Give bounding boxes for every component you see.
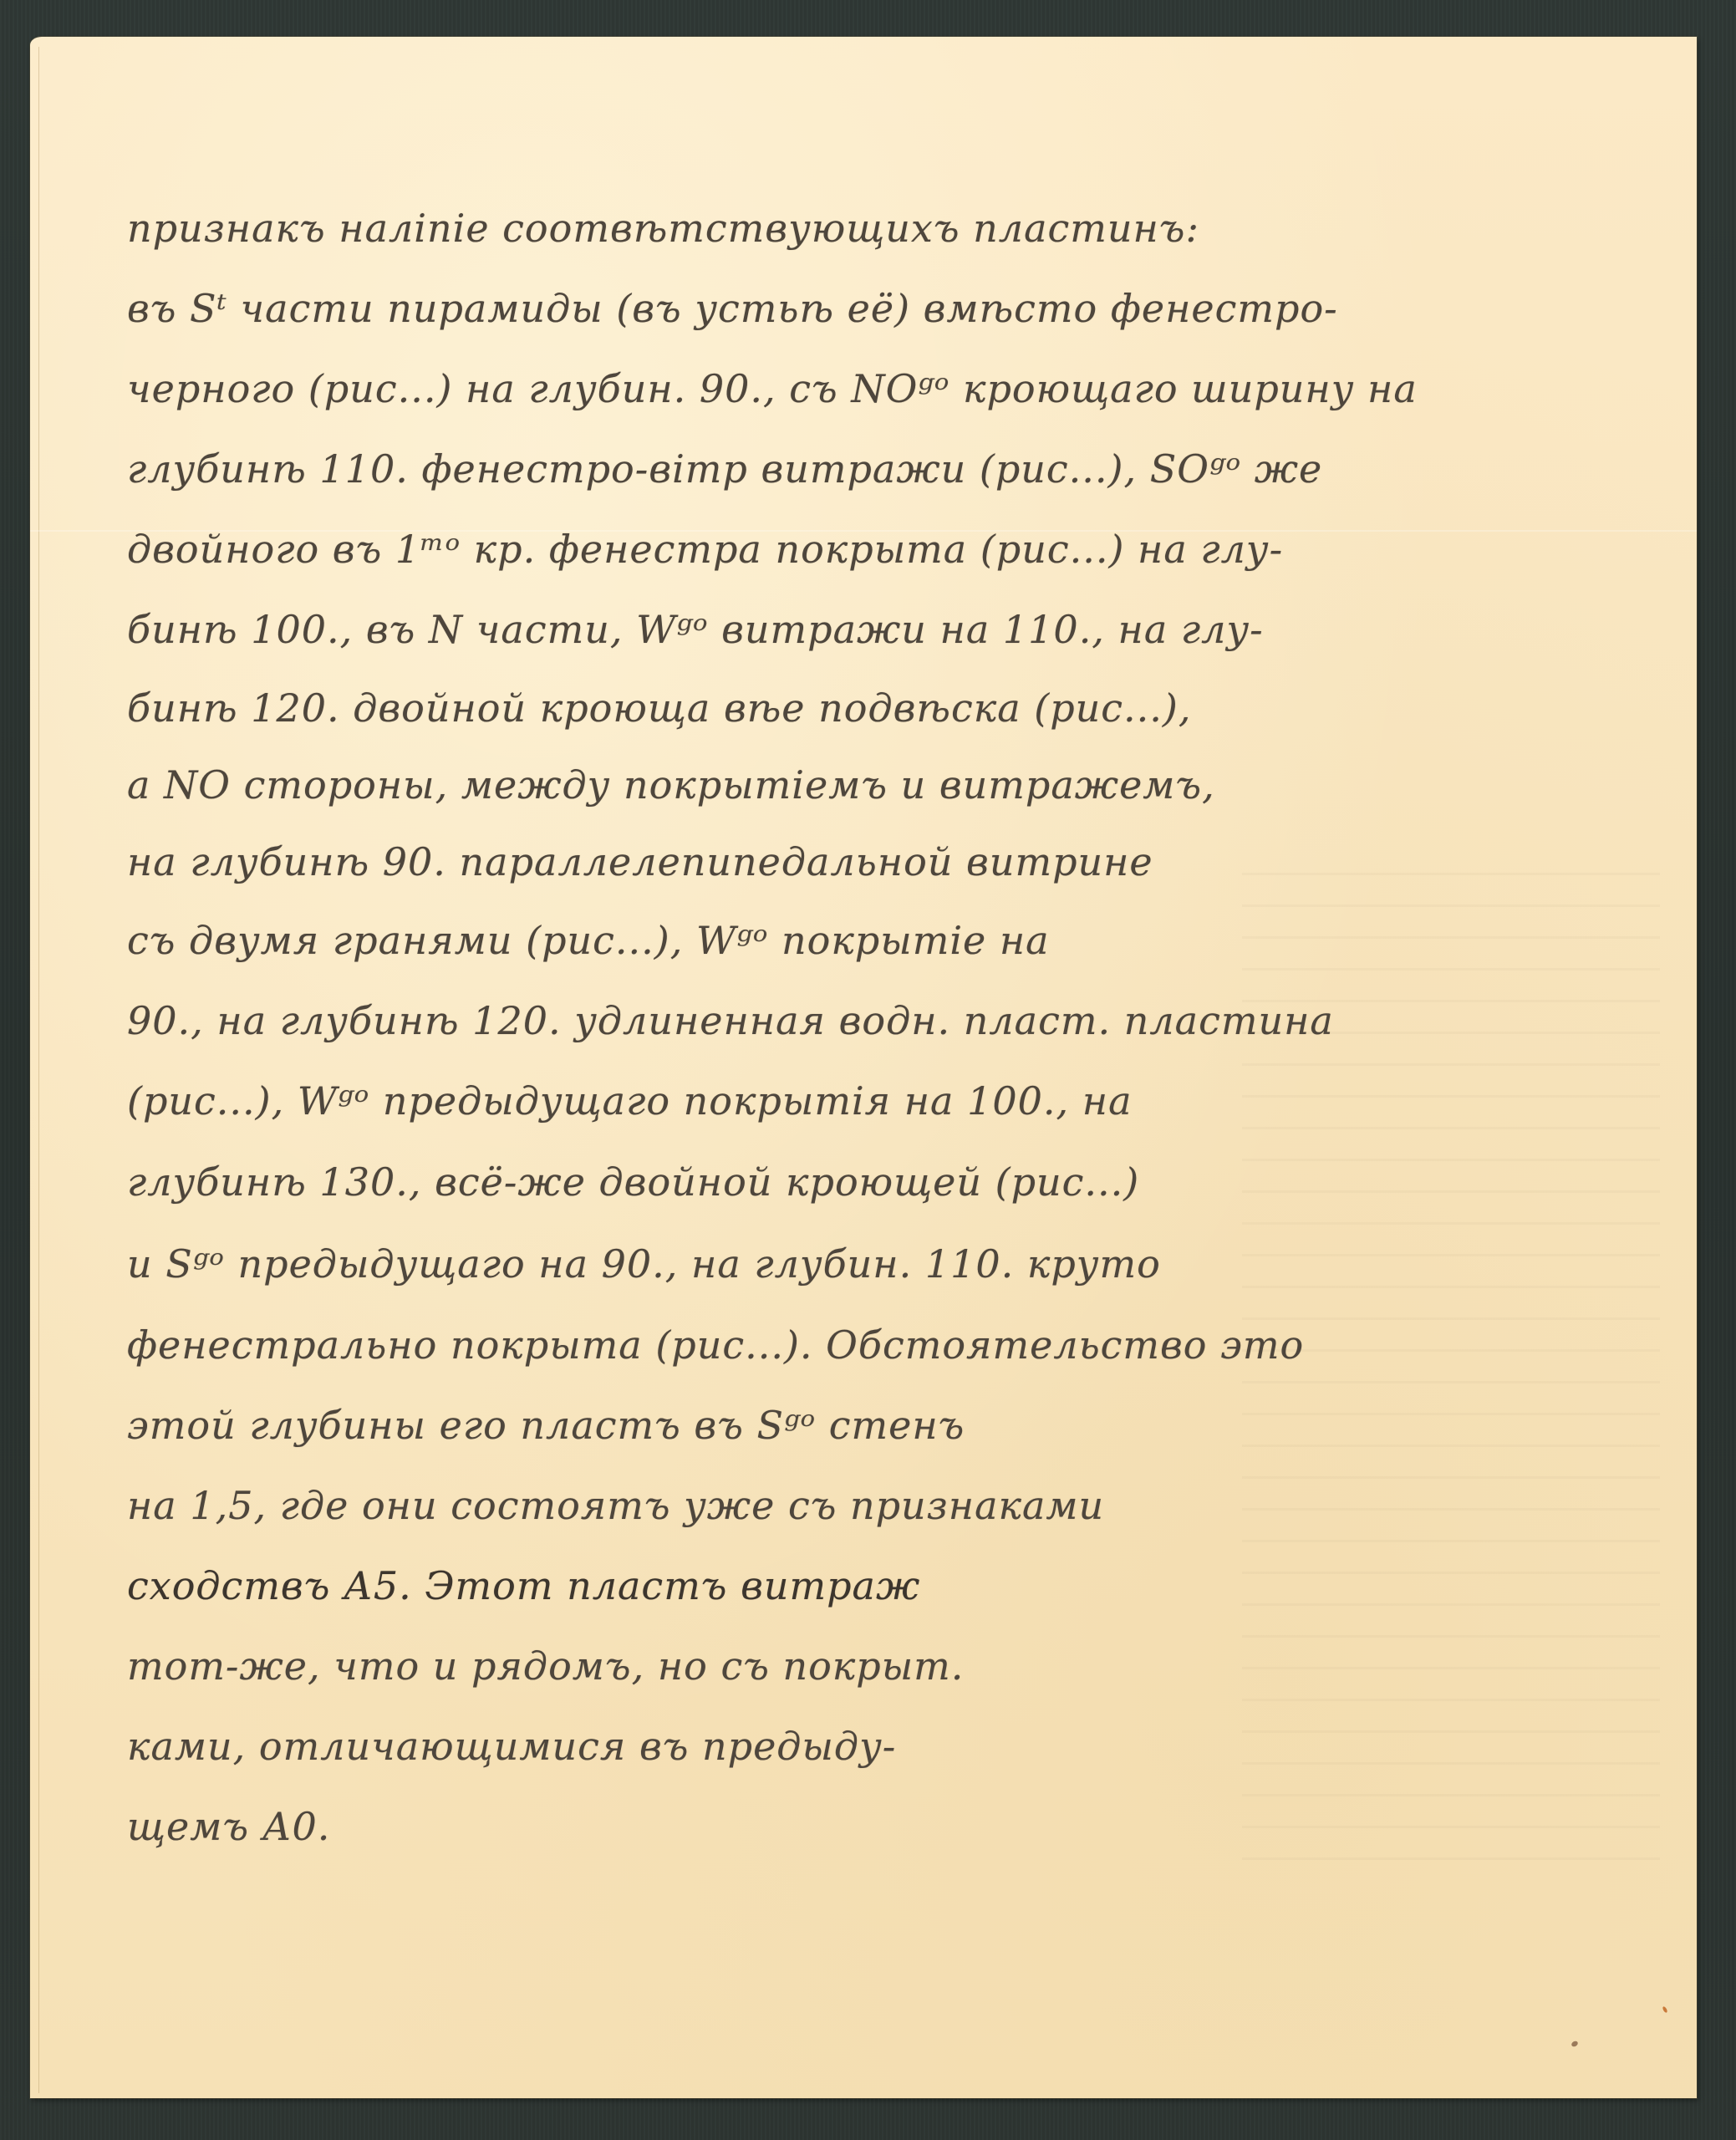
manuscript-line: этой глубины его пластъ въ Sᵍᵒ стенъ [127, 1385, 1615, 1465]
handwritten-text-block: признакъ наліпіе соотвѣтствующихъ пласти… [127, 188, 1615, 1867]
manuscript-line: двойного въ 1ᵐᵒ кр. фенестра покрыта (ри… [127, 509, 1615, 589]
manuscript-line: бинѣ 100., въ N части, Wᵍᵒ витражи на 11… [127, 589, 1615, 670]
manuscript-line: щемъ А0. [127, 1786, 1615, 1867]
manuscript-line: черного (рис...) на глубин. 90., съ NOᵍᵒ… [127, 349, 1615, 429]
manuscript-line: глубинѣ 110. фенестро-вітр витражи (рис.… [127, 429, 1615, 509]
manuscript-line: а NO стороны, между покрытіемъ и витраже… [127, 746, 1615, 823]
manuscript-line: на 1,5, где они состоятъ уже съ признака… [127, 1465, 1615, 1546]
manuscript-line: бинѣ 120. двойной кроюща вѣе подвѣска (р… [127, 670, 1615, 746]
manuscript-line: на глубинѣ 90. параллелепипедальной витр… [127, 823, 1615, 900]
manuscript-line: сходствъ А5. Этот пластъ витраж [127, 1546, 1615, 1626]
manuscript-line: глубинѣ 130., всё-же двойной кроющей (ри… [127, 1141, 1615, 1223]
manuscript-line: въ Sᵗ части пирамиды (въ устьѣ её) вмѣст… [127, 268, 1615, 349]
paper-edge [38, 47, 39, 2093]
manuscript-line: фенестрально покрыта (рис...). Обстоятел… [127, 1305, 1615, 1385]
manuscript-line: съ двумя гранями (рис...), Wᵍᵒ покрытіе … [127, 900, 1615, 981]
manuscript-line: и Sᵍᵒ предыдущаго на 90., на глубин. 110… [127, 1223, 1615, 1305]
manuscript-line: (рис...), Wᵍᵒ предыдущаго покрытія на 10… [127, 1061, 1615, 1141]
manuscript-line: ками, отличающимися въ предыду- [127, 1706, 1615, 1786]
manuscript-line: признакъ наліпіе соотвѣтствующихъ пласти… [127, 188, 1615, 268]
manuscript-line: 90., на глубинѣ 120. удлиненная водн. пл… [127, 981, 1615, 1061]
manuscript-line: тот-же, что и рядомъ, но съ покрыт. [127, 1626, 1615, 1706]
